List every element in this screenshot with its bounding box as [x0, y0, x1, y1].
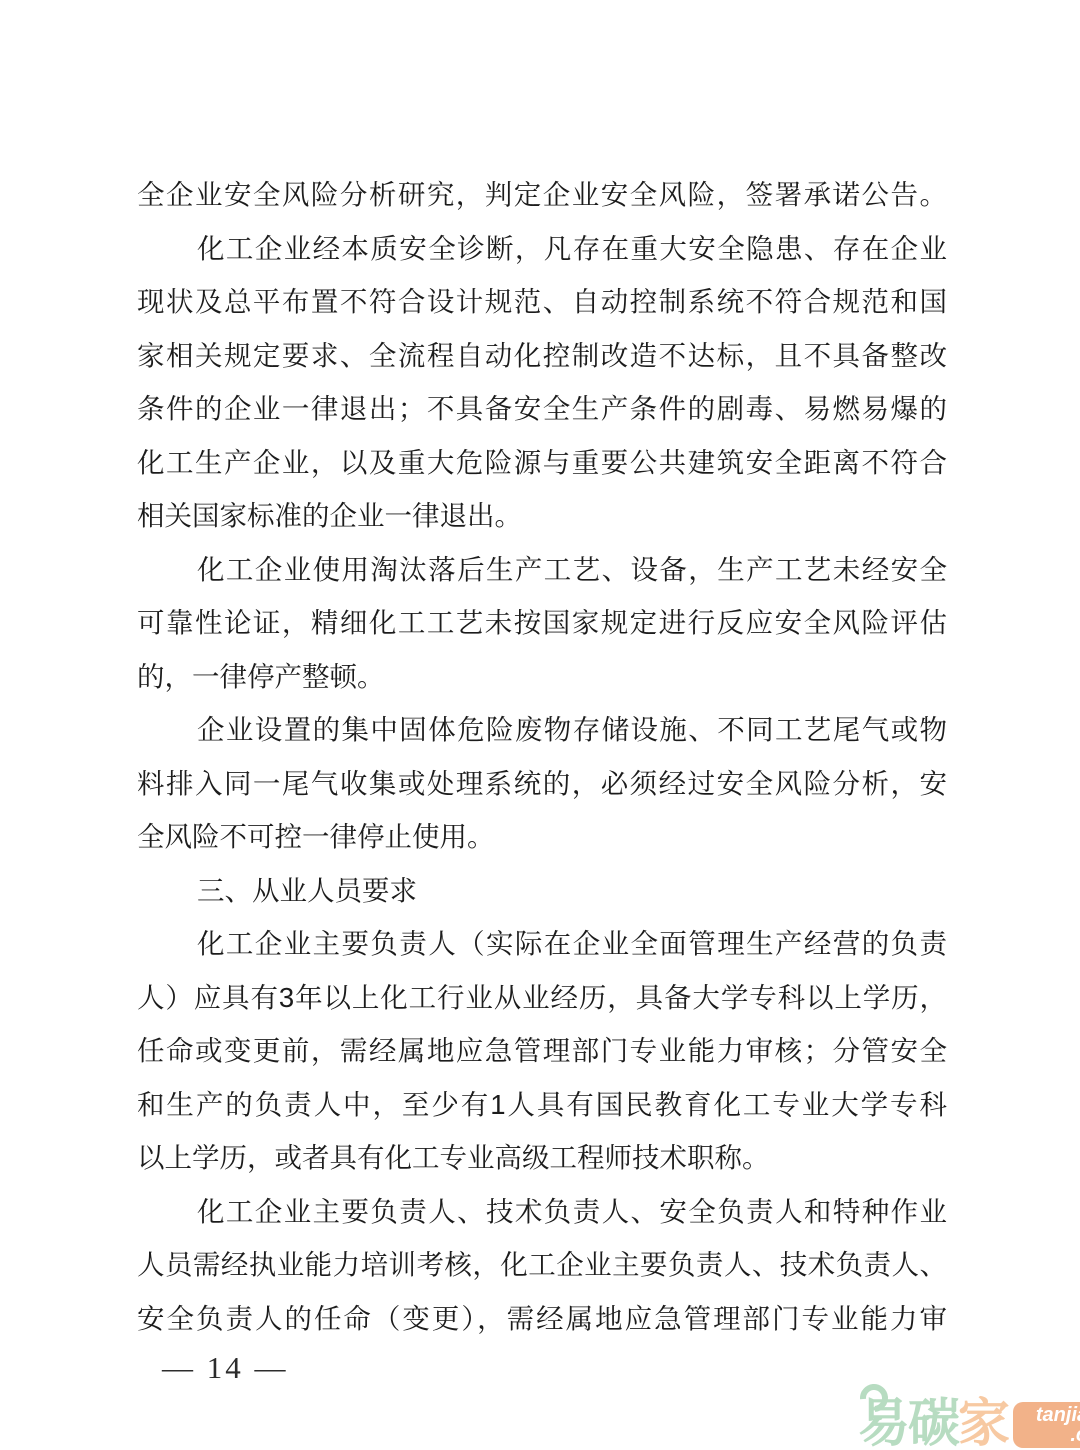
page-number: — 14 —: [162, 1350, 289, 1386]
text-line: 和生产的负责人中，至少有1人具有国民教育化工专业大学专科: [137, 1078, 947, 1132]
text-line: 相关国家标准的企业一律退出。: [137, 489, 947, 543]
watermark-green-text-wrap: 易碳: [858, 1398, 958, 1450]
text-line: 人员需经执业能力培训考核，化工企业主要负责人、技术负责人、: [137, 1238, 947, 1292]
watermark-domain-badge: tanjiaoyi .com: [1013, 1402, 1080, 1448]
watermark-text-orange: 家: [958, 1398, 1008, 1450]
watermark-domain-name: tanjiaoyi: [1036, 1405, 1080, 1425]
text-line: 人）应具有3年以上化工行业从业经历，具备大学专科以上学历，: [137, 971, 947, 1025]
text-line: 全风险不可控一律停止使用。: [137, 810, 947, 864]
watermark-domain-tld: .com: [1070, 1425, 1080, 1445]
text-line: 条件的企业一律退出；不具备安全生产条件的剧毒、易燃易爆的: [137, 382, 947, 436]
text-line: 料排入同一尾气收集或处理系统的，必须经过安全风险分析，安: [137, 757, 947, 811]
text-line: 化工生产企业，以及重大危险源与重要公共建筑安全距离不符合: [137, 436, 947, 490]
text-line: 三、从业人员要求: [137, 864, 947, 918]
text-line: 企业设置的集中固体危险废物存储设施、不同工艺尾气或物: [137, 703, 947, 757]
text-line: 家相关规定要求、全流程自动化控制改造不达标，且不具备整改: [137, 329, 947, 383]
document-page: 全企业安全风险分析研究，判定企业安全风险，签署承诺公告。化工企业经本质安全诊断，…: [0, 0, 1080, 1450]
text-line: 化工企业使用淘汰落后生产工艺、设备，生产工艺未经安全: [137, 543, 947, 597]
text-line: 化工企业主要负责人（实际在企业全面管理生产经营的负责: [137, 917, 947, 971]
text-line: 任命或变更前，需经属地应急管理部门专业能力审核；分管安全: [137, 1024, 947, 1078]
watermark-logo: 易碳 家 tanjiaoyi .com: [858, 1378, 1080, 1450]
text-line: 化工企业主要负责人、技术负责人、安全负责人和特种作业: [137, 1185, 947, 1239]
text-line: 现状及总平布置不符合设计规范、自动控制系统不符合规范和国: [137, 275, 947, 329]
text-line: 的，一律停产整顿。: [137, 650, 947, 704]
text-line: 以上学历，或者具有化工专业高级工程师技术职称。: [137, 1131, 947, 1185]
text-line: 全企业安全风险分析研究，判定企业安全风险，签署承诺公告。: [137, 168, 947, 222]
text-line: 化工企业经本质安全诊断，凡存在重大安全隐患、存在企业: [137, 222, 947, 276]
text-line: 可靠性论证，精细化工工艺未按国家规定进行反应安全风险评估: [137, 596, 947, 650]
body-text: 全企业安全风险分析研究，判定企业安全风险，签署承诺公告。化工企业经本质安全诊断，…: [137, 168, 947, 1345]
text-line: 安全负责人的任命（变更），需经属地应急管理部门专业能力审: [137, 1292, 947, 1346]
